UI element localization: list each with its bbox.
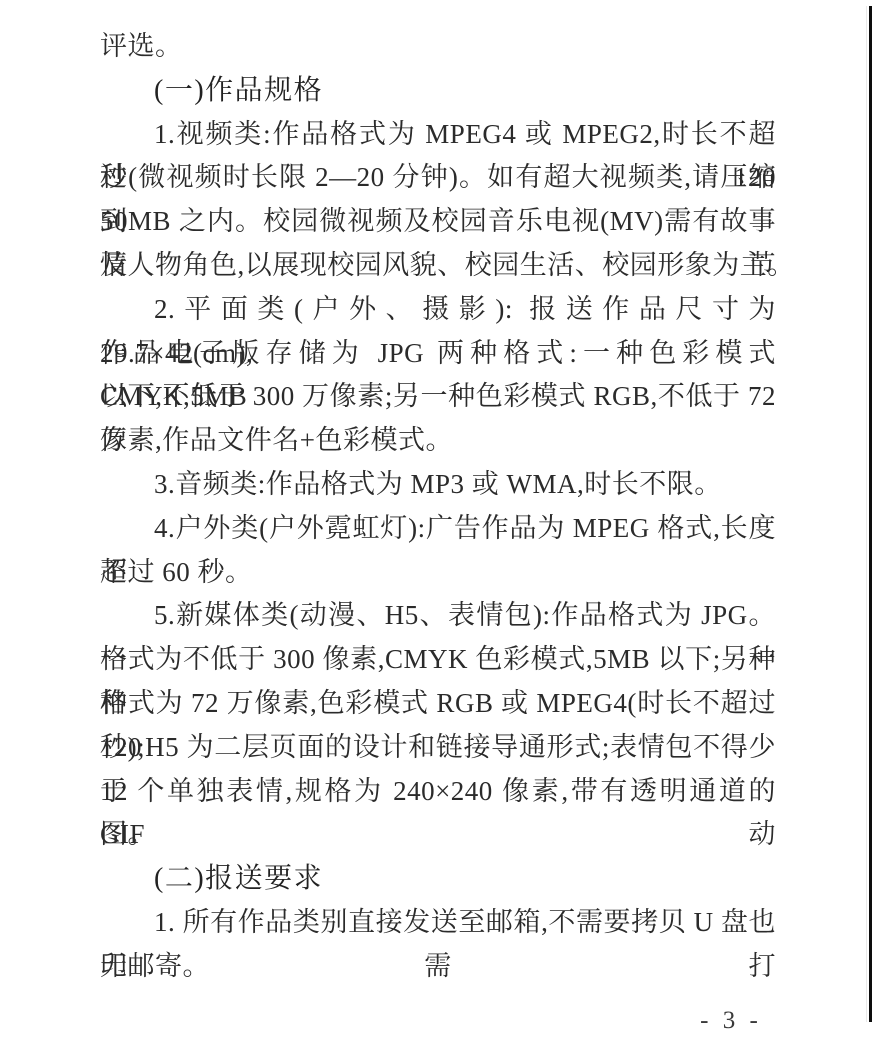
page-number: - 3 -: [688, 1003, 774, 1039]
page-edge-shadow: [866, 6, 867, 1022]
doc-line: 秒(微视频时长限 2—20 分钟)。如有超大视频类,请压缩到: [100, 156, 776, 200]
doc-line: 评选。: [100, 25, 776, 69]
doc-line: 格式为不低于 300 像素,CMYK 色彩模式,5MB 以下;另一种: [100, 638, 776, 682]
doc-line: 5.新媒体类(动漫、H5、表情包):作品格式为 JPG。一种: [100, 594, 776, 638]
doc-line: 3.音频类:作品格式为 MP3 或 WMA,时长不限。: [100, 463, 776, 507]
document-text-block: 评选。 (一)作品规格 1.视频类:作品格式为 MPEG4 或 MPEG2,时长…: [100, 25, 776, 989]
doc-line: 秒);H5 为二层页面的设计和链接导通形式;表情包不得少于: [100, 726, 776, 770]
doc-line: 2.平面类(户外、摄影): 报送作品尺寸为 29.7×42(cm),: [100, 288, 776, 332]
doc-line: 1.视频类:作品格式为 MPEG4 或 MPEG2,时长不超过 120: [100, 113, 776, 157]
doc-line: 1. 所有作品类别直接发送至邮箱,不需要拷贝 U 盘也无需打: [100, 901, 776, 945]
doc-line: 以下,不低于 300 万像素;另一种色彩模式 RGB,不低于 72 万: [100, 375, 776, 419]
doc-line: 作品电子版存储为 JPG 两种格式:一种色彩模式 CMYK,5MB: [100, 332, 776, 376]
section-heading: (二)报送要求: [100, 857, 776, 901]
doc-line: 及人物角色,以展现校园风貌、校园生活、校园形象为主。: [100, 244, 776, 288]
document-page: 评选。 (一)作品规格 1.视频类:作品格式为 MPEG4 或 MPEG2,时长…: [0, 0, 872, 1043]
doc-line: 超过 60 秒。: [100, 551, 776, 595]
doc-line: 4.户外类(户外霓虹灯):广告作品为 MPEG 格式,长度不: [100, 507, 776, 551]
doc-line: 格式为 72 万像素,色彩模式 RGB 或 MPEG4(时长不超过 120: [100, 682, 776, 726]
doc-line: 50MB 之内。校园微视频及校园音乐电视(MV)需有故事情节: [100, 200, 776, 244]
doc-line: 12 个单独表情,规格为 240×240 像素,带有透明通道的 GIF 动: [100, 770, 776, 814]
doc-line: 像素,作品文件名+色彩模式。: [100, 419, 776, 463]
section-heading: (一)作品规格: [100, 69, 776, 113]
